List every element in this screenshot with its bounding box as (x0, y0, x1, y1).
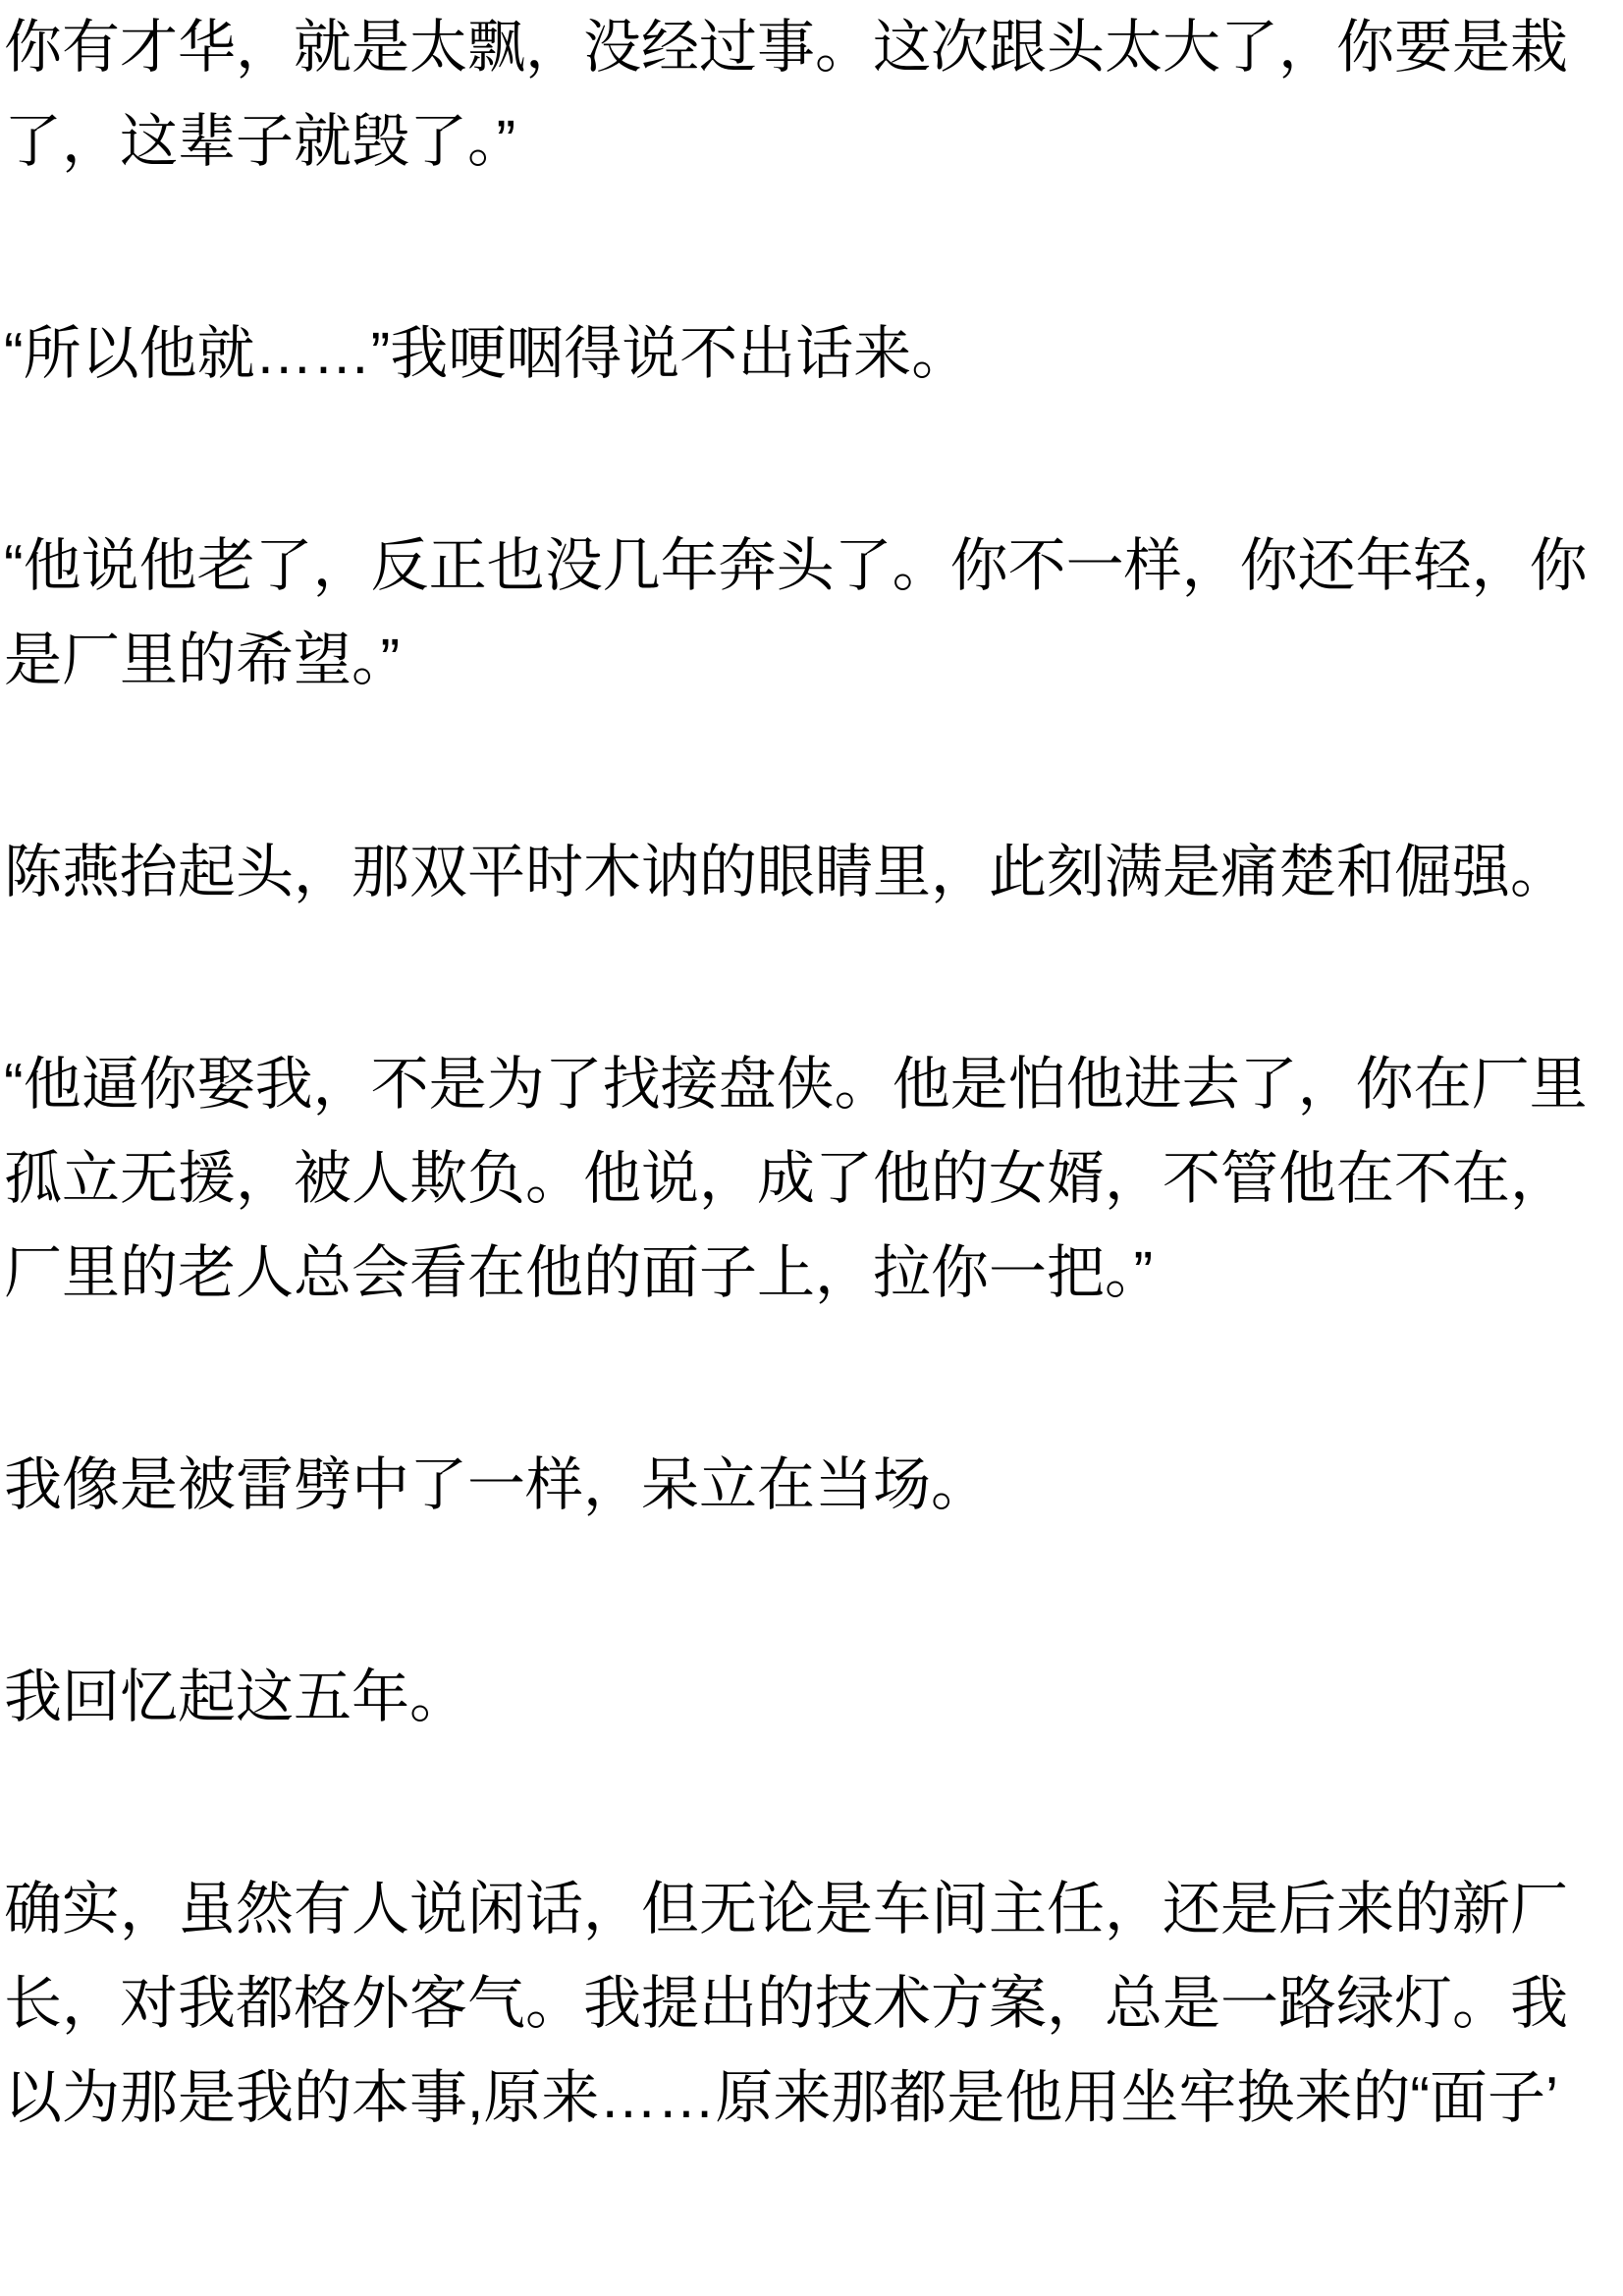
reader-page: 你有才华，就是太飘，没经过事。这次跟头太大了，你要是栽了，这辈子就毁了。” “所… (0, 0, 1623, 2296)
paragraph-5: “他逼你娶我，不是为了找接盘侠。他是怕他进去了，你在厂里孤立无援，被人欺负。他说… (4, 1037, 1621, 1320)
paragraph-6: 我像是被雷劈中了一样，呆立在当场。 (4, 1438, 1621, 1532)
paragraph-2: “所以他就……”我哽咽得说不出话来。 (4, 306, 1621, 401)
paragraph-4: 陈燕抬起头，那双平时木讷的眼睛里，此刻满是痛楚和倔强。 (4, 825, 1621, 919)
paragraph-3: “他说他老了，反正也没几年奔头了。你不一样，你还年轻，你是厂里的希望。” (4, 519, 1621, 707)
paragraph-1: 你有才华，就是太飘，没经过事。这次跟头太大了，你要是栽了，这辈子就毁了。” (4, 0, 1621, 189)
paragraph-7: 我回忆起这五年。 (4, 1650, 1621, 1744)
paragraph-8: 确实，虽然有人说闲话，但无论是车间主任，还是后来的新厂长，对我都格外客气。我提出… (4, 1862, 1621, 2145)
